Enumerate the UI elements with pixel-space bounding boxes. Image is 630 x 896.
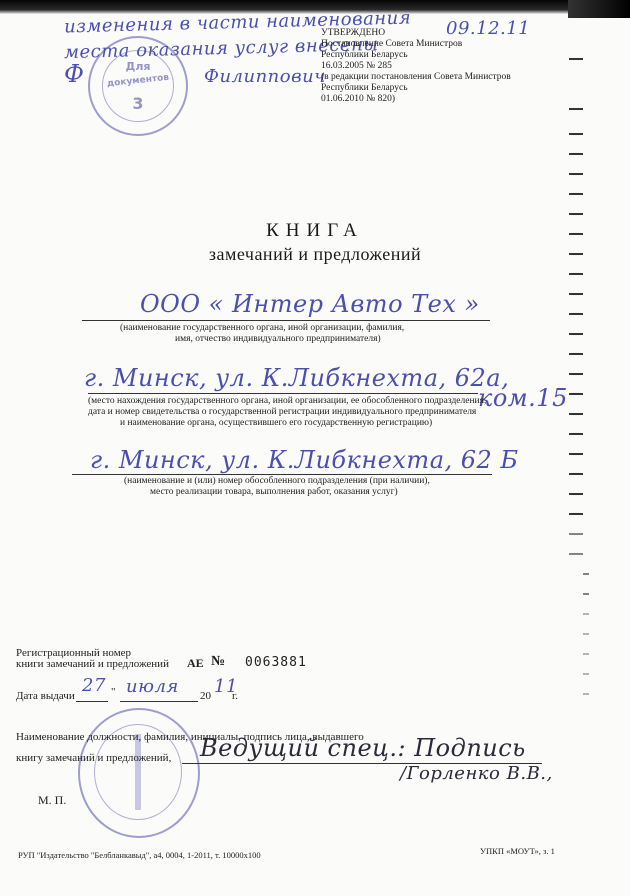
margin-tick bbox=[583, 693, 589, 695]
approval-line: Постановление Совета Министров bbox=[321, 39, 511, 50]
margin-tick bbox=[569, 293, 583, 295]
margin-tick bbox=[569, 133, 583, 135]
seal-stamp bbox=[78, 708, 200, 838]
issue-date-year-prefix: 20 bbox=[200, 690, 211, 702]
issue-date-month-underline bbox=[120, 701, 198, 702]
footer-publisher: РУП "Издательство "Белбланкавыд", а4, 00… bbox=[18, 850, 261, 860]
approval-line: Республики Беларусь bbox=[321, 50, 511, 61]
subdivision-caption-2: место реализации товара, выполнения рабо… bbox=[150, 487, 398, 498]
scan-top-right-edge bbox=[568, 0, 630, 18]
margin-tick bbox=[583, 673, 589, 675]
subdivision-underline bbox=[72, 474, 492, 475]
issue-date-label: Дата выдачи bbox=[16, 690, 75, 702]
margin-tick bbox=[569, 193, 583, 195]
location-value: г. Минск, ул. К.Либкнехта, 62а, bbox=[84, 364, 509, 392]
issuer-label-2: книгу замечаний и предложений, bbox=[16, 752, 171, 764]
issuer-value-1: Ведущий спец.: Подпись bbox=[200, 734, 526, 762]
subdivision-value: г. Минск, ул. К.Либкнехта, 62 Б bbox=[90, 446, 519, 474]
margin-tick bbox=[583, 593, 589, 595]
location-caption-2: дата и номер свидетельства о государстве… bbox=[88, 407, 476, 418]
margin-tick bbox=[583, 573, 589, 575]
issue-date-day-underline bbox=[76, 701, 108, 702]
issue-date-month: июля bbox=[126, 676, 179, 697]
registration-number-sign: № bbox=[211, 654, 225, 670]
handwritten-note-signature: Филиппович bbox=[204, 66, 326, 87]
issue-date-year-unit: г. bbox=[232, 690, 238, 702]
margin-tick bbox=[583, 653, 589, 655]
margin-tick bbox=[569, 333, 583, 335]
margin-tick bbox=[569, 413, 583, 415]
margin-tick bbox=[569, 58, 583, 60]
margin-tick bbox=[569, 233, 583, 235]
location-underline bbox=[88, 393, 478, 394]
margin-tick bbox=[569, 213, 583, 215]
organization-caption-2: имя, отчество индивидуального предприним… bbox=[175, 334, 381, 345]
margin-tick bbox=[569, 513, 583, 515]
location-caption-1: (место нахождения государственного орган… bbox=[88, 396, 486, 407]
approval-line: Республики Беларусь bbox=[321, 83, 511, 94]
organization-value: ООО « Интер Авто Тех » bbox=[140, 290, 480, 318]
handwritten-note-initials: Ф bbox=[64, 60, 84, 88]
margin-tick bbox=[569, 393, 583, 395]
issue-date-day: 27 bbox=[82, 675, 106, 696]
organization-caption-1: (наименование государственного органа, и… bbox=[120, 323, 404, 334]
margin-tick bbox=[569, 273, 583, 275]
top-stamp-number: 3 bbox=[90, 94, 186, 113]
margin-tick bbox=[569, 473, 583, 475]
margin-tick bbox=[569, 373, 583, 375]
margin-tick bbox=[569, 493, 583, 495]
organization-underline bbox=[82, 320, 490, 321]
margin-tick bbox=[569, 553, 583, 555]
approval-line: 01.06.2010 № 820) bbox=[321, 94, 511, 105]
margin-tick bbox=[569, 153, 583, 155]
issue-date-quote: " bbox=[111, 686, 116, 698]
seal-stamp-center-bar bbox=[135, 734, 141, 810]
margin-tick bbox=[569, 353, 583, 355]
document-title: КНИГА bbox=[0, 220, 630, 242]
margin-tick bbox=[583, 633, 589, 635]
approval-line: 16.03.2005 № 285 bbox=[321, 61, 511, 72]
location-value-continued: ком.15 bbox=[478, 384, 568, 412]
margin-tick bbox=[569, 433, 583, 435]
location-caption-3: и наименование органа, осуществившего ег… bbox=[120, 418, 432, 429]
footer-printer: УПКП «МОУТ», з. 1 bbox=[480, 846, 555, 856]
margin-tick bbox=[569, 173, 583, 175]
subdivision-caption-1: (наименование и (или) номер обособленног… bbox=[124, 476, 430, 487]
margin-tick bbox=[569, 253, 583, 255]
margin-tick bbox=[569, 108, 583, 110]
margin-tick bbox=[569, 533, 583, 535]
approval-block: УТВЕРЖДЕНО Постановление Совета Министро… bbox=[321, 28, 511, 105]
registration-number: 0063881 bbox=[245, 655, 307, 670]
margin-tick bbox=[569, 313, 583, 315]
margin-tick bbox=[583, 613, 589, 615]
approval-line: (в редакции постановления Совета Министр… bbox=[321, 72, 511, 83]
registration-label-2: книги замечаний и предложений bbox=[16, 658, 169, 670]
seal-label: М. П. bbox=[38, 793, 66, 808]
document-subtitle: замечаний и предложений bbox=[0, 244, 630, 265]
registration-series: АЕ bbox=[187, 656, 204, 671]
margin-tick bbox=[569, 453, 583, 455]
issuer-value-2: /Горленко В.В., bbox=[400, 763, 553, 784]
approval-line: УТВЕРЖДЕНО bbox=[321, 28, 511, 39]
